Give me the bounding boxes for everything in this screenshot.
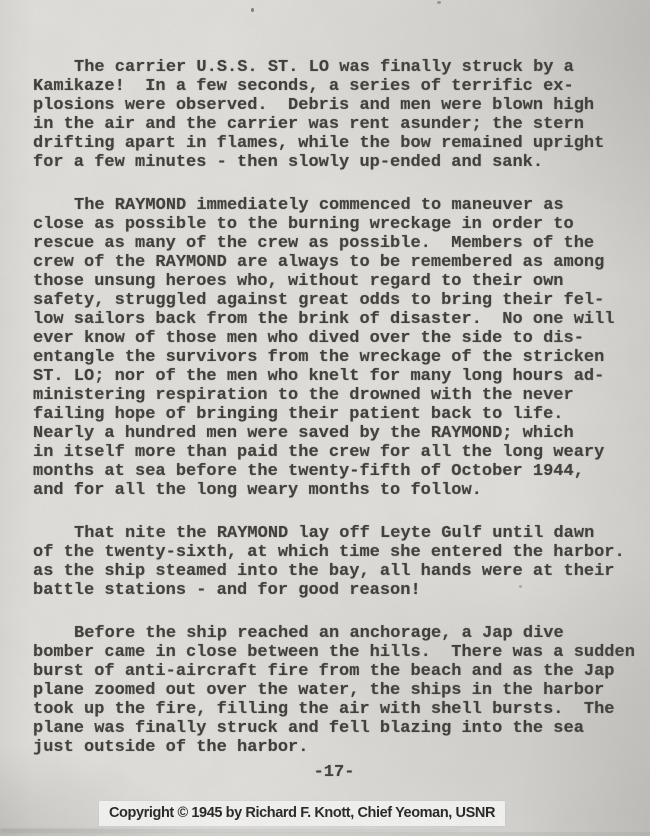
copyright-strip: Copyright © 1945 by Richard F. Knott, Ch… bbox=[99, 801, 505, 826]
scan-speck bbox=[251, 8, 254, 12]
paragraph: Before the ship reached an anchorage, a … bbox=[33, 624, 635, 757]
scan-speck bbox=[437, 1, 441, 4]
document-body: The carrier U.S.S. ST. LO was finally st… bbox=[33, 58, 635, 781]
paragraph: The RAYMOND immediately commenced to man… bbox=[33, 196, 635, 500]
scanned-page: The carrier U.S.S. ST. LO was finally st… bbox=[0, 0, 650, 836]
page-number: -17- bbox=[0, 763, 650, 782]
copyright-text: Copyright © 1945 by Richard F. Knott, Ch… bbox=[109, 805, 495, 821]
scan-speck bbox=[519, 585, 522, 588]
scan-bottom-edge bbox=[0, 832, 650, 836]
paragraph: That nite the RAYMOND lay off Leyte Gulf… bbox=[33, 524, 635, 600]
paragraph: The carrier U.S.S. ST. LO was finally st… bbox=[33, 58, 635, 172]
